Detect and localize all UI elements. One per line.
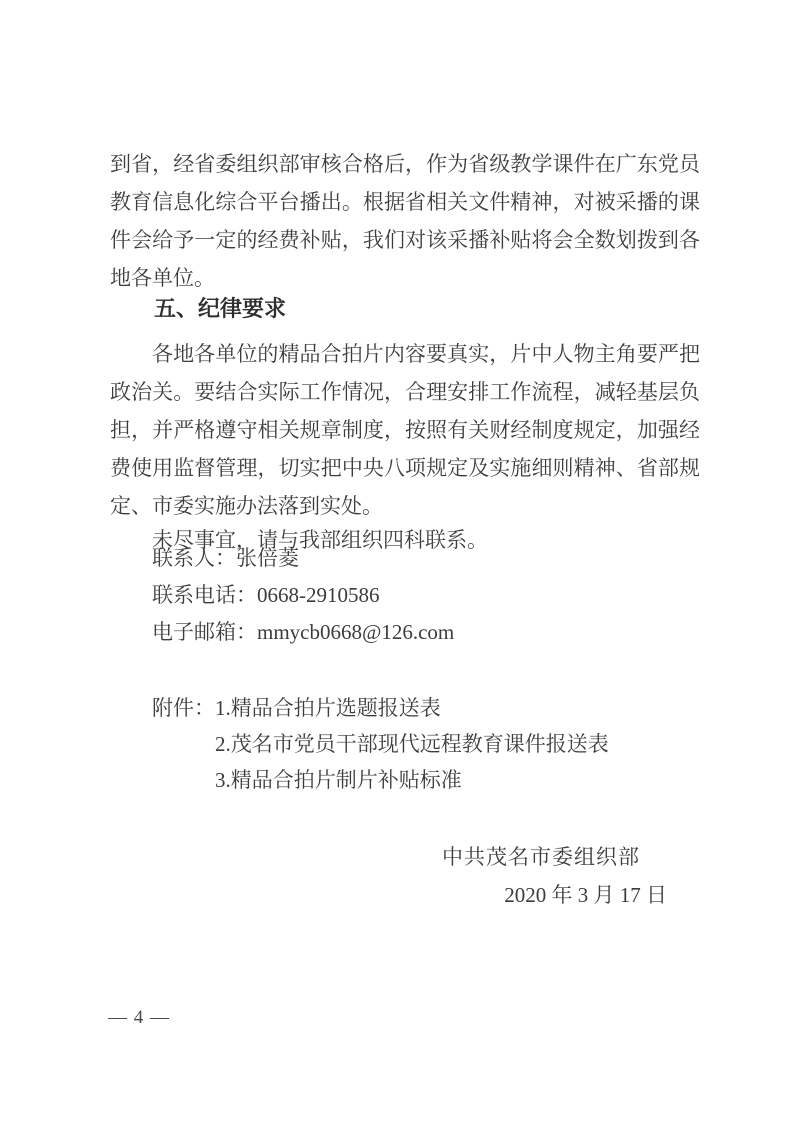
signature-date: 2020 年 3 月 17 日 — [504, 880, 667, 910]
attachment-item-1: 1.精品合拍片选题报送表 — [215, 690, 609, 726]
attachments-label: 附件： — [152, 690, 215, 726]
document-page: 到省，经省委组织部审核合格后，作为省级教学课件在广东党员教育信息化综合平台播出。… — [0, 0, 794, 1122]
attachments-list: 1.精品合拍片选题报送表 2.茂名市党员干部现代远程教育课件报送表 3.精品合拍… — [215, 690, 609, 798]
paragraph-discipline-requirements: 各地各单位的精品合拍片内容要真实，片中人物主角要严把政治关。要结合实际工作情况，… — [110, 335, 700, 525]
attachment-item-3: 3.精品合拍片制片补贴标准 — [215, 762, 609, 798]
attachment-item-2: 2.茂名市党员干部现代远程教育课件报送表 — [215, 726, 609, 762]
signature-organization: 中共茂名市委组织部 — [442, 842, 640, 872]
contact-phone-line: 联系电话：0668-2910586 — [152, 577, 380, 614]
contact-person-line: 联系人：张倍菱 — [152, 540, 299, 577]
page-number: — 4 — — [108, 1004, 170, 1032]
section-heading-discipline: 五、纪律要求 — [110, 290, 700, 328]
contact-email-line: 电子邮箱：mmycb0668@126.com — [152, 614, 454, 651]
paragraph-continuation: 到省，经省委组织部审核合格后，作为省级教学课件在广东党员教育信息化综合平台播出。… — [110, 145, 700, 297]
attachments-block: 附件： 1.精品合拍片选题报送表 2.茂名市党员干部现代远程教育课件报送表 3.… — [152, 690, 609, 798]
